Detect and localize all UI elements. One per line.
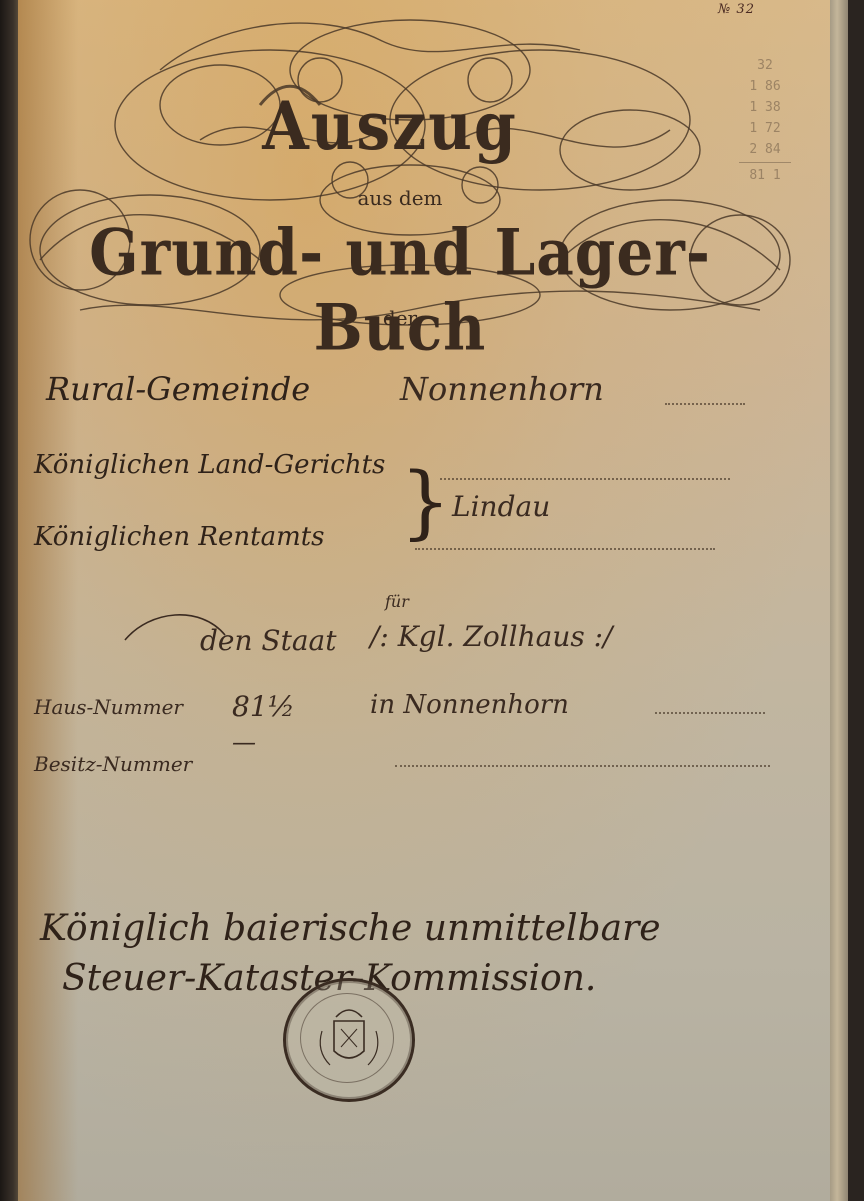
rent-office-label: Königlichen Rentamts (34, 522, 325, 552)
dotted-fill-line (655, 712, 765, 714)
community-label: Rural-Gemeinde (46, 370, 310, 408)
flourish-stroke-icon (120, 605, 230, 645)
owner-value: /: Kgl. Zollhaus :/ (370, 620, 612, 653)
plan-number-label: Besitz-Nummer (34, 752, 192, 776)
court-label: Königlichen Land-Gerichts (34, 450, 385, 480)
book-title: Grund- und Lager-Buch (60, 215, 740, 365)
title-subtitle: aus dem (330, 186, 470, 210)
document-title: Auszug (230, 89, 550, 166)
page-edge (830, 0, 848, 1201)
title-der: der (350, 306, 450, 330)
authority-line-1: Königlich baierische unmittelbare (40, 908, 661, 949)
plan-number-value: — (232, 728, 256, 756)
house-number-label: Haus-Nummer (34, 695, 183, 719)
dotted-fill-line (415, 548, 715, 550)
coat-of-arms-icon (286, 981, 412, 1099)
house-number-value: 81½ (232, 690, 295, 723)
official-seal (283, 978, 415, 1102)
dotted-fill-line (665, 403, 745, 405)
district-value: Lindau (452, 490, 550, 523)
house-location: in Nonnenhorn (370, 690, 569, 720)
community-value: Nonnenhorn (400, 370, 604, 408)
dotted-fill-line (440, 478, 730, 480)
brace-icon: } (400, 462, 451, 542)
fuer-note: für (385, 592, 409, 611)
dotted-fill-line (395, 765, 770, 767)
